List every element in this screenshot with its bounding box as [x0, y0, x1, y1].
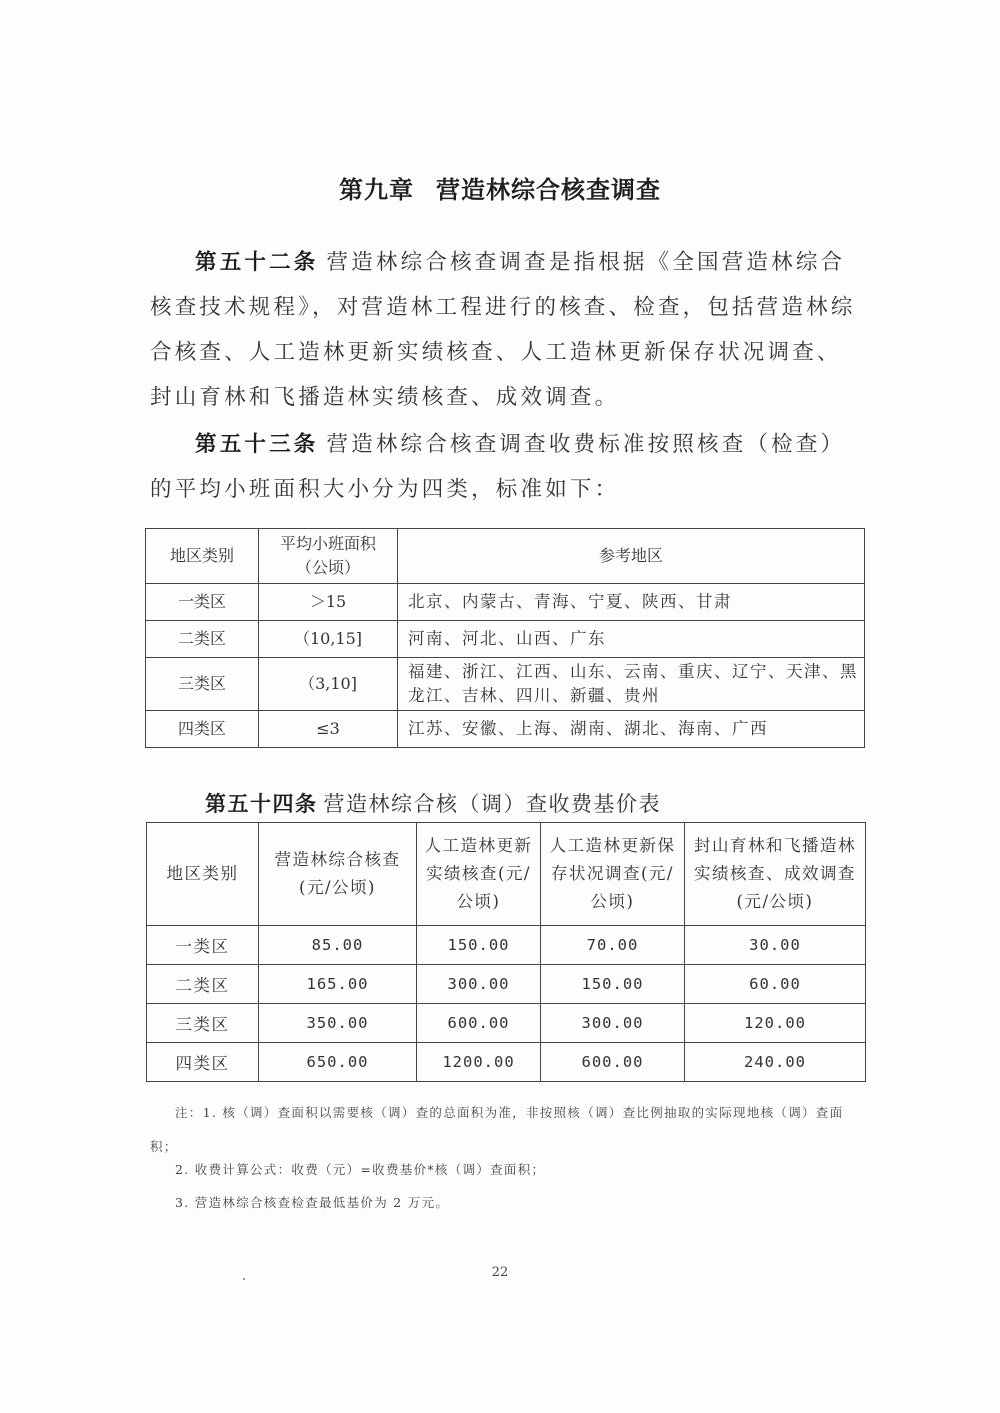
header-category: 地区类别 [146, 529, 259, 584]
document-page: 第九章营造林综合核查调查 第五十二条营造林综合核查调查是指根据《全国营造林综合核… [0, 0, 1000, 1413]
cell-comprehensive: 165.00 [259, 965, 417, 1004]
region-category-table: 地区类别 平均小班面积（公顷） 参考地区 一类区 ＞15 北京、内蒙古、青海、宁… [145, 528, 865, 748]
header-artificial-preservation: 人工造林更新保存状况调查(元/公顷) [541, 823, 685, 926]
table-row: 一类区 ＞15 北京、内蒙古、青海、宁夏、陕西、甘肃 [146, 584, 865, 621]
cell-artificial-performance: 300.00 [417, 965, 541, 1004]
article-52-label: 第五十二条 [195, 250, 319, 275]
cell-category: 二类区 [147, 965, 259, 1004]
table-row: 四类区 650.00 1200.00 600.00 240.00 [147, 1043, 866, 1082]
cell-category: 一类区 [146, 584, 259, 621]
cell-artificial-performance: 600.00 [417, 1004, 541, 1043]
article-52: 第五十二条营造林综合核查调查是指根据《全国营造林综合核查技术规程》，对营造林工程… [150, 240, 865, 420]
cell-category: 四类区 [146, 711, 259, 748]
cell-comprehensive: 85.00 [259, 926, 417, 965]
header-category: 地区类别 [147, 823, 259, 926]
price-table-caption: 第五十四条营造林综合核（调）查收费基价表 [205, 788, 661, 818]
table-header-row: 地区类别 平均小班面积（公顷） 参考地区 [146, 529, 865, 584]
cell-artificial-preservation: 600.00 [541, 1043, 685, 1082]
header-avg-area: 平均小班面积（公顷） [259, 529, 398, 584]
note-2: 2. 收费计算公式：收费（元）=收费基价*核（调）查面积； [150, 1160, 865, 1178]
article-54-text: 营造林综合核（调）查收费基价表 [324, 792, 662, 816]
chapter-name: 营造林综合核查调查 [436, 176, 661, 204]
cell-avg-area: （10,15] [259, 621, 398, 658]
cell-regions: 河南、河北、山西、广东 [398, 621, 865, 658]
cell-category: 二类区 [146, 621, 259, 658]
cell-artificial-preservation: 150.00 [541, 965, 685, 1004]
chapter-number: 第九章 [339, 176, 414, 204]
price-base-table: 地区类别 营造林综合核查(元/公顷) 人工造林更新实绩核查(元/公顷) 人工造林… [146, 822, 866, 1082]
cell-category: 一类区 [147, 926, 259, 965]
table-row: 三类区 350.00 600.00 300.00 120.00 [147, 1004, 866, 1043]
table-header-row: 地区类别 营造林综合核查(元/公顷) 人工造林更新实绩核查(元/公顷) 人工造林… [147, 823, 866, 926]
cell-comprehensive: 350.00 [259, 1004, 417, 1043]
cell-closure-aerial: 60.00 [685, 965, 866, 1004]
table-row: 二类区 165.00 300.00 150.00 60.00 [147, 965, 866, 1004]
cell-regions: 福建、浙江、江西、山东、云南、重庆、辽宁、天津、黑龙江、吉林、四川、新疆、贵州 [398, 658, 865, 711]
table-row: 四类区 ≤3 江苏、安徽、上海、湖南、湖北、海南、广西 [146, 711, 865, 748]
cell-comprehensive: 650.00 [259, 1043, 417, 1082]
cell-artificial-preservation: 70.00 [541, 926, 685, 965]
cell-artificial-performance: 150.00 [417, 926, 541, 965]
header-artificial-performance: 人工造林更新实绩核查(元/公顷) [417, 823, 541, 926]
cell-regions: 江苏、安徽、上海、湖南、湖北、海南、广西 [398, 711, 865, 748]
cell-regions: 北京、内蒙古、青海、宁夏、陕西、甘肃 [398, 584, 865, 621]
note-3: 3. 营造林综合核查检查最低基价为 2 万元。 [150, 1193, 865, 1211]
cell-artificial-preservation: 300.00 [541, 1004, 685, 1043]
article-53-label: 第五十三条 [195, 432, 319, 457]
page-number: 22 [0, 1265, 1000, 1280]
chapter-title: 第九章营造林综合核查调查 [0, 170, 1000, 205]
cell-avg-area: ＞15 [259, 584, 398, 621]
header-comprehensive: 营造林综合核查(元/公顷) [259, 823, 417, 926]
cell-closure-aerial: 240.00 [685, 1043, 866, 1082]
cell-closure-aerial: 30.00 [685, 926, 866, 965]
cell-avg-area: ≤3 [259, 711, 398, 748]
table-row: 一类区 85.00 150.00 70.00 30.00 [147, 926, 866, 965]
article-54-label: 第五十四条 [205, 792, 318, 816]
cell-category: 三类区 [147, 1004, 259, 1043]
cell-avg-area: （3,10] [259, 658, 398, 711]
scan-speck [243, 1278, 245, 1280]
note-1: 注：1. 核（调）查面积以需要核（调）查的总面积为准，非按照核（调）查比例抽取的… [150, 1096, 865, 1164]
cell-closure-aerial: 120.00 [685, 1004, 866, 1043]
table-row: 三类区 （3,10] 福建、浙江、江西、山东、云南、重庆、辽宁、天津、黑龙江、吉… [146, 658, 865, 711]
header-closure-aerial: 封山育林和飞播造林实绩核查、成效调查(元/公顷) [685, 823, 866, 926]
cell-category: 三类区 [146, 658, 259, 711]
article-53: 第五十三条营造林综合核查调查收费标准按照核查（检查）的平均小班面积大小分为四类，… [150, 422, 865, 512]
header-regions: 参考地区 [398, 529, 865, 584]
cell-artificial-performance: 1200.00 [417, 1043, 541, 1082]
table-row: 二类区 （10,15] 河南、河北、山西、广东 [146, 621, 865, 658]
cell-category: 四类区 [147, 1043, 259, 1082]
